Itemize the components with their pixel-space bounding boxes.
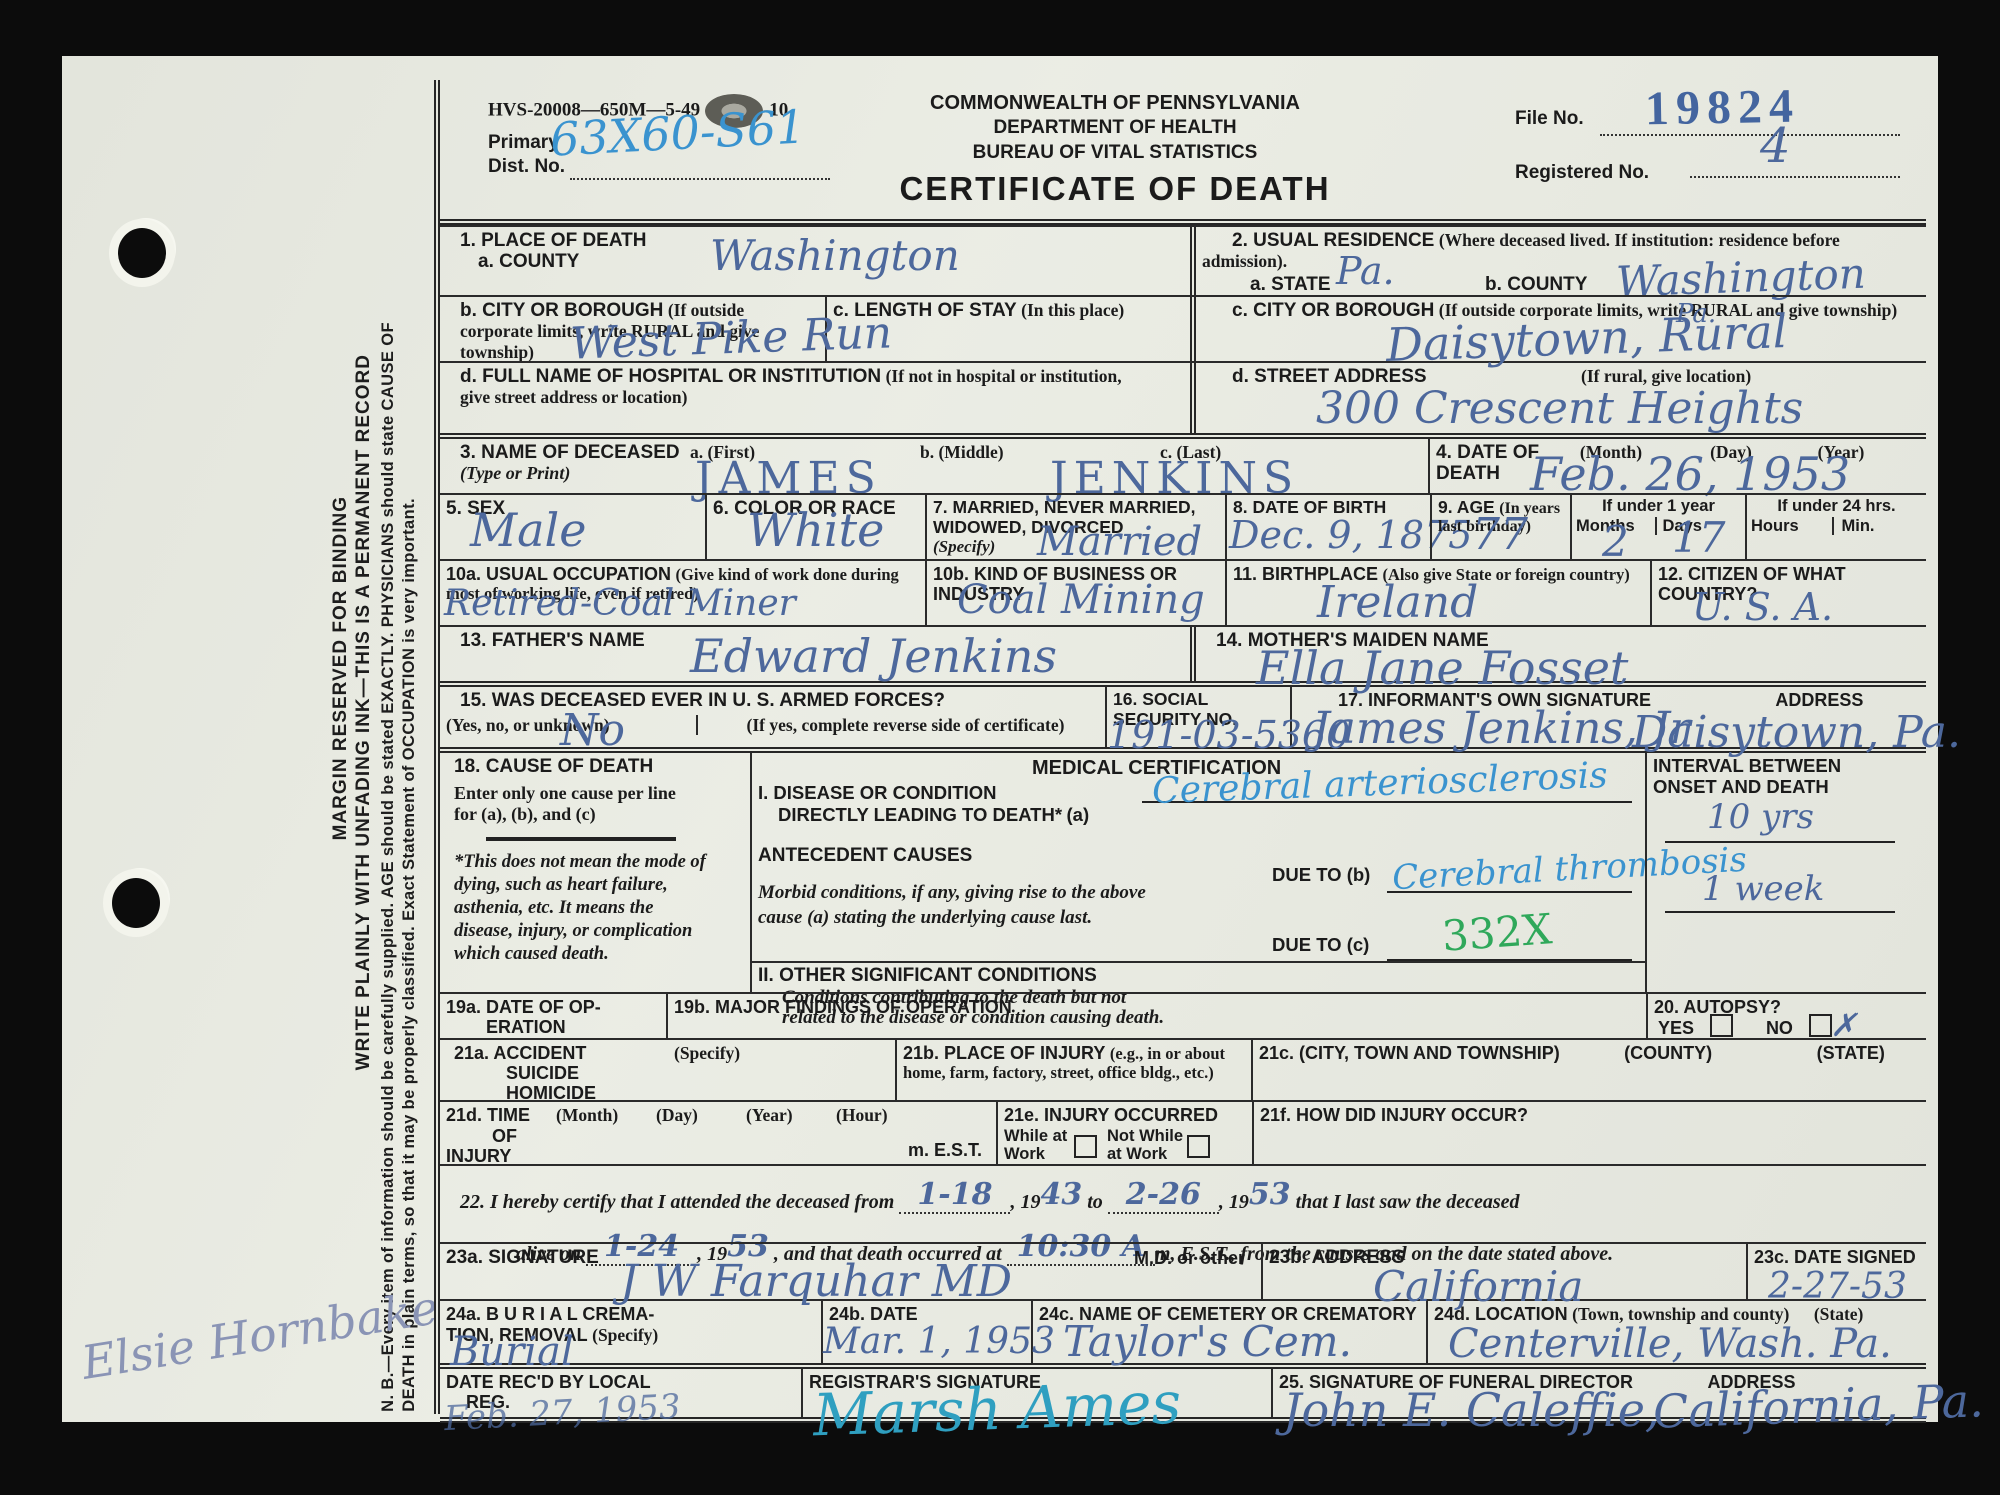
field-21a-label1: 21a. ACCIDENT (454, 1043, 674, 1063)
field-21d-day: (Day) (656, 1105, 746, 1166)
field-21c-label: 21c. (CITY, TOWN AND TOWNSHIP) (1259, 1043, 1560, 1063)
field-5-sex: 5. SEX Male (440, 495, 705, 559)
field-21b-place-of-injury: 21b. PLACE OF INJURY (e.g., in or about … (895, 1040, 1251, 1100)
field-23b-value: California (1373, 1262, 1583, 1311)
interval-label1: INTERVAL BETWEEN (1653, 756, 1920, 777)
field-2c-city: c. CITY OR BOROUGH (If outside corporate… (1190, 297, 1926, 361)
field-7-marital: 7. MARRIED, NEVER MARRIED, WIDOWED, DIVO… (925, 495, 1225, 559)
field-14-mother: 14. MOTHER'S MAIDEN NAME Ella Jane Fosse… (1190, 627, 1926, 681)
not-while-at-work-checkbox (1187, 1135, 1210, 1158)
field-18-interval: INTERVAL BETWEEN ONSET AND DEATH 10 yrs … (1645, 753, 1926, 992)
field-2a-label: a. STATE (1250, 274, 1331, 295)
field-21c-city-county-state: 21c. (CITY, TOWN AND TOWNSHIP) (COUNTY) … (1251, 1040, 1926, 1100)
row-time-of-injury: 21d. TIME OF INJURY (Month) (Day) (Year)… (440, 1100, 1926, 1164)
field-24a-value: Burial (450, 1329, 574, 1375)
field-21e-notwhile2: at Work (1107, 1145, 1167, 1163)
registered-no-label: Registered No. (1515, 162, 1649, 183)
certificate-form: HVS-20008—650M—5-49 -10 Primary Dist. No… (434, 80, 1926, 1414)
field-9-days-value: 17 (1672, 513, 1725, 562)
field-13-value: Edward Jenkins (690, 629, 1057, 683)
field-21d-time-of-injury: 21d. TIME OF INJURY (Month) (Day) (Year)… (440, 1102, 996, 1164)
field-18-note1: Enter only one cause per line for (a), (… (454, 783, 694, 824)
field-21e-notwhile1: Not While (1107, 1127, 1183, 1145)
scanned-death-certificate: { "colors": { "paper": "#eaece3", "ink":… (0, 0, 2000, 1495)
field-9-under24: If under 24 hrs. Hours Min. (1745, 495, 1926, 559)
interval-label2: ONSET AND DEATH (1653, 777, 1920, 798)
autopsy-no-checkbox (1809, 1014, 1832, 1037)
field-1a-value: Washington (710, 231, 960, 280)
field-23a-signature: 23a. SIGNATURE M.D. or other J W Farquha… (440, 1244, 1261, 1299)
field-18-antecedent-label: ANTECEDENT CAUSES (758, 845, 972, 866)
field-18-i-label1: I. DISEASE OR CONDITION (758, 783, 996, 804)
field-15-label: 15. WAS DECEASED EVER IN U. S. ARMED FOR… (460, 690, 1099, 711)
interval-value-a: 10 yrs (1707, 797, 1814, 837)
department-line: DEPARTMENT OF HEALTH (820, 117, 1410, 138)
field-1c-note: (In this place) (1021, 300, 1124, 320)
certify-t5: that I last saw the deceased (1296, 1191, 1520, 1213)
field-3-sub: (Type or Print) (460, 463, 690, 484)
field-21f-label: 21f. HOW DID INJURY OCCUR? (1260, 1105, 1920, 1125)
field-21a-accident: 21a. ACCIDENT SUICIDE HOMICIDE (Specify) (440, 1040, 895, 1100)
field-2b-label: b. COUNTY (1485, 274, 1587, 295)
while-at-work-checkbox (1074, 1135, 1097, 1158)
field-14-value: Ella Jane Fosset (1256, 641, 1628, 695)
field-18-c-code: 332X (1440, 904, 1553, 961)
field-24c-cemetery: 24c. NAME OF CEMETERY OR CREMATORY Taylo… (1031, 1301, 1426, 1363)
field-19b-label: 19b. MAJOR FINDINGS OF OPERATION (674, 997, 1640, 1017)
punch-hole-bottom (112, 878, 160, 928)
field-24c-value: Taylor's Cem. (1063, 1317, 1352, 1366)
field-2d-street: d. STREET ADDRESS (If rural, give locati… (1190, 363, 1926, 433)
field-19a-label2: ERATION (486, 1017, 660, 1037)
field-1d-hospital: d. FULL NAME OF HOSPITAL OR INSTITUTION … (440, 363, 1190, 433)
field-18-label: 18. CAUSE OF DEATH (454, 756, 744, 777)
field-21d-month: (Month) (556, 1105, 656, 1166)
field-5-value: Male (470, 503, 586, 557)
field-21a-label2: SUICIDE (506, 1063, 674, 1083)
file-no-label: File No. (1515, 108, 1584, 129)
field-date-recd: DATE REC'D BY LOCAL REG. Feb. 27, 1953 (440, 1369, 801, 1417)
field-20-autopsy: 20. AUTOPSY? YES NO ✗ (1646, 994, 1926, 1038)
row-certify-statement: 22. I hereby certify that I attended the… (440, 1164, 1926, 1242)
autopsy-no-label: NO (1766, 1018, 1793, 1038)
field-10b-industry: 10b. KIND OF BUSINESS OR INDUSTRY Coal M… (925, 561, 1225, 625)
registered-no-line (1690, 148, 1900, 178)
field-1b-city: b. CITY OR BOROUGH (If outside corporate… (440, 297, 825, 361)
margin-nb-note-line1: N. B.—Every item of information should b… (379, 322, 398, 1412)
field-9-value: 77 (1472, 509, 1528, 560)
interval-line-b (1665, 911, 1895, 913)
certify-to-year: 53 (1249, 1177, 1291, 1212)
field-19a-label1: 19a. DATE OF OP- (446, 997, 660, 1017)
certificate-paper: MARGIN RESERVED FOR BINDING WRITE PLAINL… (62, 56, 1938, 1422)
autopsy-yes-checkbox (1710, 1014, 1733, 1037)
registered-no-value: 4 (1760, 118, 1791, 174)
row-registrar: DATE REC'D BY LOCAL REG. Feb. 27, 1953 R… (440, 1363, 1926, 1423)
margin-nb-note-line2: DEATH in plain terms, so that it may be … (400, 498, 419, 1412)
field-8-birth: 8. DATE OF BIRTH Dec. 9, 1875 (1225, 495, 1430, 559)
field-18-medical-certification: MEDICAL CERTIFICATION I. DISEASE OR COND… (750, 753, 1645, 992)
field-23b-address: 23b. ADDRESS California (1261, 1244, 1746, 1299)
field-23c-date-signed: 23c. DATE SIGNED 2-27-53 (1746, 1244, 1926, 1299)
field-2-title: 2. USUAL RESIDENCE (1232, 230, 1434, 251)
row-name-date: 3. NAME OF DECEASED (Type or Print) a. (… (440, 433, 1926, 493)
field-24a-burial: 24a. B U R I A L CREMA- TION, REMOVAL (S… (440, 1301, 821, 1363)
field-24d-value: Centerville, Wash. Pa. (1448, 1321, 1892, 1367)
row-physician-signature: 23a. SIGNATURE M.D. or other J W Farquha… (440, 1242, 1926, 1299)
field-21d-label1: 21d. TIME (446, 1105, 530, 1125)
field-13-father: 13. FATHER'S NAME Edward Jenkins (440, 627, 1190, 681)
row-operation-autopsy: 19a. DATE OF OP- ERATION 19b. MAJOR FIND… (440, 992, 1926, 1038)
row-occupation-birthplace: 10a. USUAL OCCUPATION (Give kind of work… (440, 559, 1926, 625)
field-10a-value: Retired-Coal Miner (444, 583, 796, 624)
field-18-ii-label: II. OTHER SIGNIFICANT CONDITIONS (758, 965, 1097, 986)
certify-t4: , 19 (1219, 1191, 1249, 1213)
field-3-name: 3. NAME OF DECEASED (Type or Print) a. (… (440, 439, 1428, 493)
field-25-address-value: California, Pa. (1652, 1373, 1984, 1439)
certify-to-date: 2-26 (1108, 1177, 1219, 1214)
row-burial: 24a. B U R I A L CREMA- TION, REMOVAL (S… (440, 1299, 1926, 1363)
field-7-sub: (Specify) (933, 537, 995, 556)
field-23a-value: J W Farquhar MD (620, 1256, 1012, 1307)
row-parents: 13. FATHER'S NAME Edward Jenkins 14. MOT… (440, 625, 1926, 681)
field-2a-value: Pa. (1336, 249, 1395, 293)
field-11-birthplace: 11. BIRTHPLACE (Also give State or forei… (1225, 561, 1650, 625)
field-21e-while1: While at (1004, 1127, 1067, 1145)
field-21c-county-label: (COUNTY) (1624, 1043, 1712, 1063)
field-17-informant: 17. INFORMANT'S OWN SIGNATURE ADDRESS Ja… (1290, 687, 1926, 747)
field-1a-county: 1. PLACE OF DEATH a. COUNTY Washington (440, 227, 1190, 295)
field-21e-while2: Work (1004, 1145, 1045, 1163)
field-18-due-c-label: DUE TO (c) (1272, 935, 1369, 956)
field-19b-major-findings: 19b. MAJOR FINDINGS OF OPERATION (666, 994, 1646, 1038)
field-16-ssn: 16. SOCIAL SECURITY NO. 191-03-5360 (1105, 687, 1290, 747)
field-12-citizen: 12. CITIZEN OF WHAT COUNTRY? U. S. A. (1650, 561, 1926, 625)
field-9-under1: If under 1 year Months Days 2 17 (1570, 495, 1745, 559)
field-18-i-label2: DIRECTLY LEADING TO DEATH* (778, 804, 1062, 825)
registrar-value: Marsh Ames (812, 1369, 1182, 1450)
field-21d-est: m. E.S.T. (908, 1140, 982, 1160)
field-1d-label: d. FULL NAME OF HOSPITAL OR INSTITUTION (460, 366, 881, 387)
field-17-address-value: Daisytown, Pa. (1632, 707, 1961, 758)
field-10a-occupation: 10a. USUAL OCCUPATION (Give kind of work… (440, 561, 925, 625)
field-9-under24-label: If under 24 hrs. (1751, 497, 1922, 515)
field-25-funeral-director: 25. SIGNATURE OF FUNERAL DIRECTOR ADDRES… (1271, 1369, 1926, 1417)
field-24a-note: (Specify) (592, 1325, 658, 1345)
field-18-note2: *This does not mean the mode of dying, s… (454, 851, 714, 967)
field-registrar-signature: REGISTRAR'S SIGNATURE Marsh Ames (801, 1369, 1271, 1417)
field-21d-year: (Year) (746, 1105, 836, 1166)
field-21e-injury-occurred: 21e. INJURY OCCURRED While at Work Not W… (996, 1102, 1252, 1164)
form-header: HVS-20008—650M—5-49 -10 Primary Dist. No… (440, 80, 1926, 225)
field-24a-label1: 24a. B U R I A L CREMA- (446, 1304, 654, 1324)
margin-binding-note: MARGIN RESERVED FOR BINDING (330, 496, 352, 840)
field-4-date-of-death: 4. DATE OF DEATH (Month) (Day) (Year) Fe… (1428, 439, 1926, 493)
field-6-value: White (747, 503, 884, 557)
autopsy-yes-label: YES (1658, 1018, 1694, 1038)
field-23a-label: 23a. SIGNATURE (446, 1247, 599, 1268)
commonwealth-line: COMMONWEALTH OF PENNSYLVANIA (820, 92, 1410, 114)
field-10b-value: Coal Mining (957, 577, 1205, 623)
field-18-divider (486, 837, 676, 841)
field-11-value: Ireland (1317, 577, 1478, 628)
field-21e-label: 21e. INJURY OCCURRED (1004, 1105, 1246, 1125)
field-12-value: U. S. A. (1692, 585, 1833, 629)
field-18-morbid-note: Morbid conditions, if any, giving rise t… (758, 881, 1178, 930)
row-armed-forces-ssn: 15. WAS DECEASED EVER IN U. S. ARMED FOR… (440, 681, 1926, 747)
field-9-age: 9. AGE (In years last birthday) 77 (1430, 495, 1570, 559)
interval-value-b: 1 week (1702, 869, 1824, 909)
certificate-title: CERTIFICATE OF DEATH (820, 171, 1410, 208)
agency-heading: COMMONWEALTH OF PENNSYLVANIA DEPARTMENT … (820, 92, 1410, 208)
field-3-label: 3. NAME OF DECEASED (460, 442, 690, 463)
field-15-note2: (If yes, complete reverse side of certif… (696, 715, 1099, 735)
field-21a-note: (Specify) (674, 1043, 740, 1103)
field-10a-label: 10a. USUAL OCCUPATION (446, 564, 671, 584)
field-9-hours-label: Hours (1751, 517, 1834, 535)
certify-t1: 22. I hereby certify that I attended the… (460, 1191, 894, 1213)
field-19a-date-of-operation: 19a. DATE OF OP- ERATION (440, 994, 666, 1038)
field-21f-how-injury: 21f. HOW DID INJURY OCCUR? (1252, 1102, 1926, 1164)
row-accident: 21a. ACCIDENT SUICIDE HOMICIDE (Specify)… (440, 1038, 1926, 1100)
field-24b-date: 24b. DATE Mar. 1, 1953 (821, 1301, 1031, 1363)
field-15-armed-forces: 15. WAS DECEASED EVER IN U. S. ARMED FOR… (440, 687, 1105, 747)
row-sex-race-birth: 5. SEX Male 6. COLOR OR RACE White 7. MA… (440, 493, 1926, 559)
interval-line-a (1665, 841, 1895, 843)
field-18-section-divider (752, 961, 1647, 963)
bureau-line: BUREAU OF VITAL STATISTICS (820, 142, 1410, 163)
certify-from-year: 43 (1040, 1177, 1082, 1212)
field-21b-label: 21b. PLACE OF INJURY (903, 1043, 1105, 1063)
field-6-race: 6. COLOR OR RACE White (705, 495, 925, 559)
certify-t3: to (1087, 1191, 1103, 1213)
row-place-residence: 1. PLACE OF DEATH a. COUNTY Washington 2… (440, 225, 1926, 295)
row-city-borough: b. CITY OR BOROUGH (If outside corporate… (440, 295, 1926, 361)
primary-label: Primary (488, 132, 559, 153)
field-24b-value: Mar. 1, 1953 (823, 1321, 1055, 1362)
field-23c-label: 23c. DATE SIGNED (1754, 1247, 1920, 1267)
row-cause-of-death: 18. CAUSE OF DEATH Enter only one cause … (440, 747, 1926, 992)
field-2d-value: 300 Crescent Heights (1316, 383, 1803, 434)
certify-t2: , 19 (1010, 1191, 1040, 1213)
field-9-min-label: Min. (1834, 517, 1923, 535)
field-25-value: John E. Caleffie, (1283, 1383, 1660, 1437)
field-23a-md-label: M.D. or other (1134, 1248, 1245, 1268)
field-22-statement: 22. I hereby certify that I attended the… (440, 1166, 1926, 1242)
field-18-cause-instructions: 18. CAUSE OF DEATH Enter only one cause … (440, 753, 750, 992)
margin-write-plainly-note: WRITE PLAINLY WITH UNFADING INK—THIS IS … (353, 354, 375, 1070)
field-21d-hour: (Hour) (836, 1105, 888, 1166)
field-18-due-b-label: DUE TO (b) (1272, 865, 1370, 886)
field-21c-state-label: (STATE) (1817, 1043, 1885, 1063)
field-18-a-prefix: (a) (1067, 804, 1090, 825)
punch-hole-top (118, 228, 166, 278)
certify-from-date: 1-18 (899, 1177, 1010, 1214)
row-hospital-street: d. FULL NAME OF HOSPITAL OR INSTITUTION … (440, 361, 1926, 433)
field-2ab: 2. USUAL RESIDENCE (Where deceased lived… (1190, 227, 1926, 295)
field-21d-label2: OF (492, 1126, 556, 1146)
